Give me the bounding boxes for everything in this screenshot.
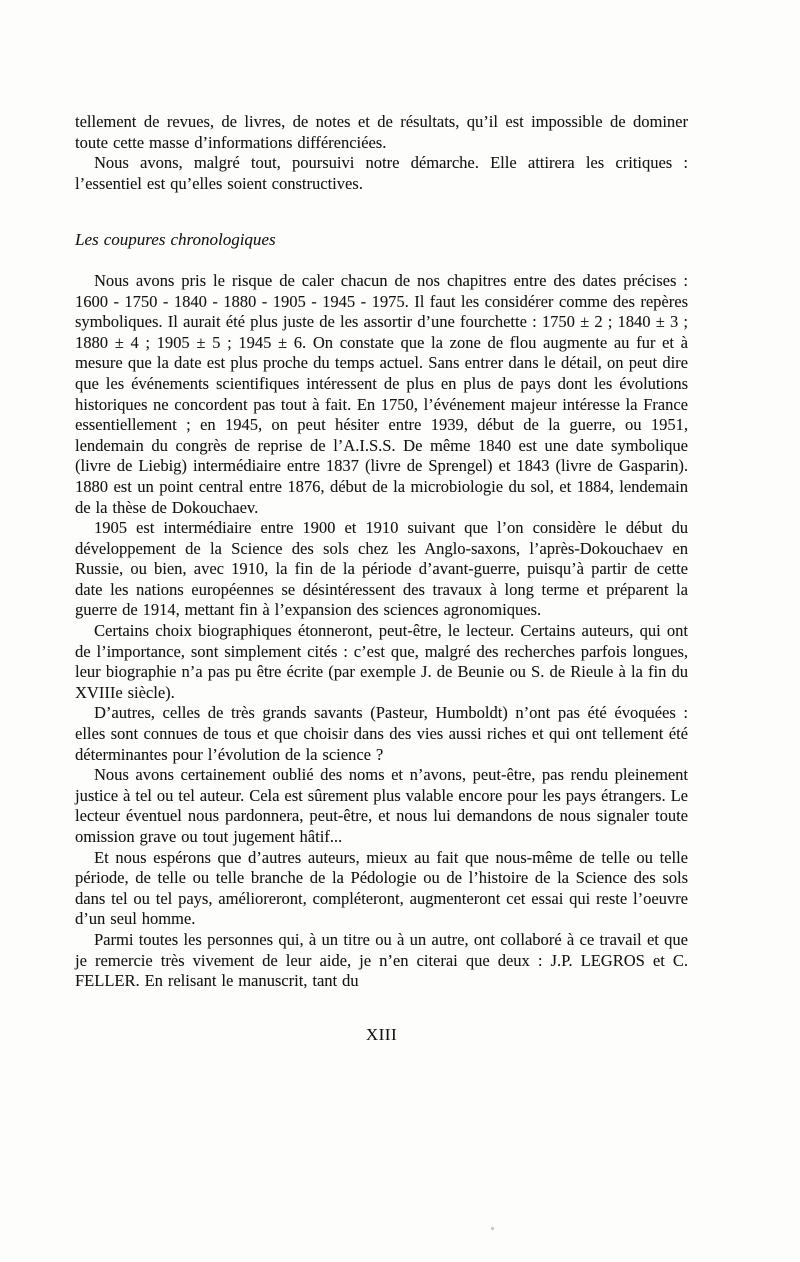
paragraph: D’autres, celles de très grands savants … [75, 703, 688, 765]
paragraph: Nous avons certainement oublié des noms … [75, 765, 688, 847]
page-number: XIII [75, 1025, 688, 1046]
paragraph: Nous avons, malgré tout, poursuivi notre… [75, 153, 688, 194]
paragraph: Parmi toutes les personnes qui, à un tit… [75, 930, 688, 992]
paragraph: Nous avons pris le risque de caler chacu… [75, 271, 688, 518]
paragraph: Et nous espérons que d’autres auteurs, m… [75, 848, 688, 930]
paragraph: Certains choix biographiques étonneront,… [75, 621, 688, 703]
book-page: tellement de revues, de livres, de notes… [0, 0, 800, 1262]
paragraph-continuation: tellement de revues, de livres, de notes… [75, 112, 688, 153]
scan-artifact-dot [491, 1227, 494, 1230]
section-heading: Les coupures chronologiques [75, 230, 688, 251]
paragraph: 1905 est intermédiaire entre 1900 et 191… [75, 518, 688, 621]
text-block: tellement de revues, de livres, de notes… [75, 112, 688, 1045]
